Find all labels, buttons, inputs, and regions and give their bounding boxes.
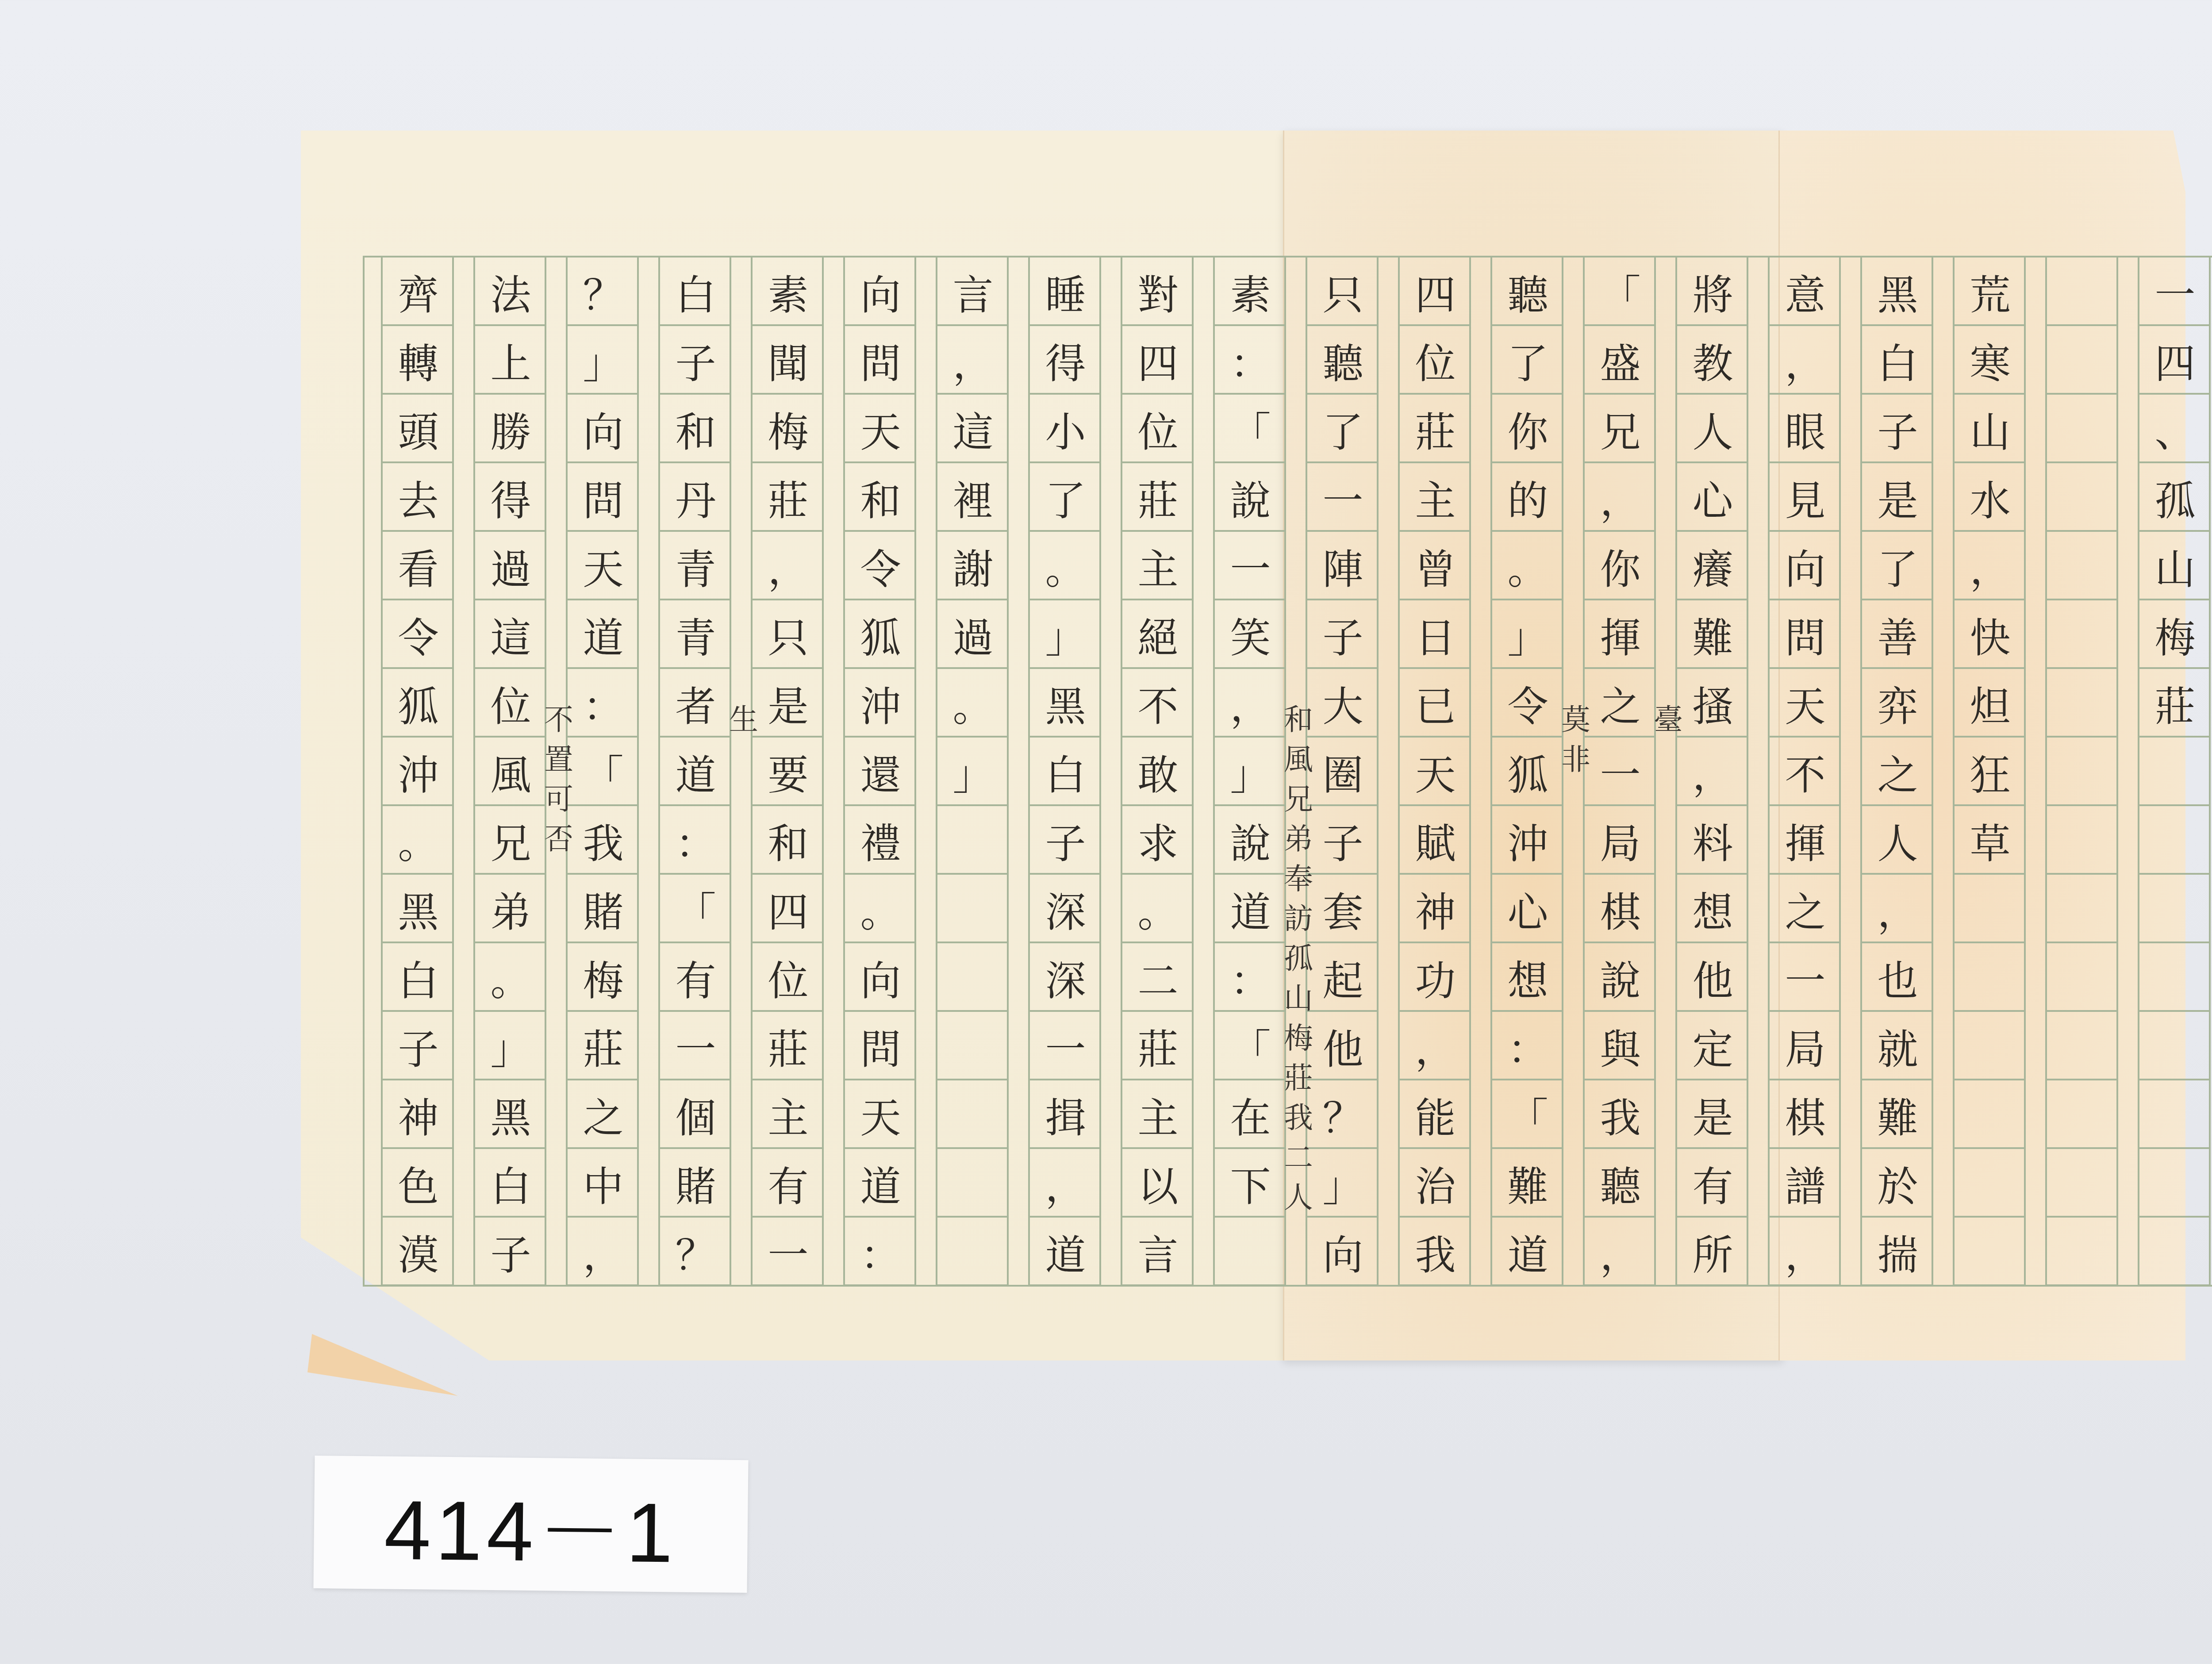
manuscript-column: 齊轉頭去看令狐沖。黑白子神色漠	[363, 257, 456, 1285]
column-spacer	[2028, 257, 2047, 1285]
column-spacer	[1750, 257, 1770, 1285]
folded-corner	[307, 1334, 458, 1396]
handwritten-line: 白子和丹青青者道：「有一個賭？	[660, 261, 731, 1290]
manuscript-grid: 一四、孤山梅莊荒寒山水，快炟狂草黑白子是了善弈之人，也就難於揣意，眼見向問天不揮…	[363, 256, 2212, 1287]
margin-annotation: 和風兄弟奉訪孤山梅莊我二人	[1284, 700, 1313, 1218]
cell-column	[2047, 257, 2118, 1285]
column-spacer	[1010, 257, 1030, 1285]
handwritten-line: 四位莊主曾日已天賦神功，能治我	[1400, 261, 1471, 1290]
manuscript-column: 素：「說一笑，」說道：「在下和風兄弟奉訪孤山梅莊我二人	[1195, 257, 1288, 1285]
column-spacer	[1935, 257, 1955, 1285]
column-spacer	[456, 257, 475, 1285]
handwritten-line: 素：「說一笑，」說道：「在下	[1215, 261, 1286, 1221]
margin-annotation: 臺	[1654, 700, 1683, 740]
handwritten-line: 言，這裡謝過。」	[937, 261, 1009, 810]
handwritten-line: 一四、孤山梅莊	[2139, 261, 2211, 741]
catalog-label-card: 414－1	[313, 1456, 748, 1593]
manuscript-column: 素聞梅莊，只是要和四位莊主有一	[733, 257, 826, 1285]
margin-annotation: 莫非	[1561, 700, 1590, 780]
manuscript-column: 荒寒山水，快炟狂草	[1935, 257, 2028, 1285]
handwritten-line: 意，眼見向問天不揮之一局棋譜，	[1770, 261, 1841, 1290]
column-spacer	[1195, 257, 1215, 1285]
handwritten-line: 素聞梅莊，只是要和四位莊主有一	[753, 261, 824, 1290]
column-spacer	[2120, 257, 2139, 1285]
manuscript-column: 向問天和令狐沖還禮。向問天道：	[826, 257, 918, 1285]
manuscript-column	[2028, 257, 2120, 1285]
manuscript-column: 將教人心癢難搔，料想他定是有所	[1658, 257, 1750, 1285]
handwritten-line: ？」向問天道：「我賭梅莊之中，	[568, 261, 639, 1290]
handwritten-line: 對四位莊主絕不敢求。二莊主以言	[1122, 261, 1194, 1290]
column-spacer	[641, 257, 660, 1285]
handwritten-line: 齊轉頭去看令狐沖。黑白子神色漠	[383, 261, 454, 1290]
manuscript-column: 四位莊主曾日已天賦神功，能治我	[1380, 257, 1473, 1285]
column-spacer	[1843, 257, 1862, 1285]
handwritten-line: 只聽了一陣子大圈子套起他？」向	[1307, 261, 1379, 1290]
manuscript-column: 法上勝得過這位風兄弟。」黑白子不置可否	[456, 257, 548, 1285]
manuscript-column: 意，眼見向問天不揮之一局棋譜，	[1750, 257, 1843, 1285]
handwritten-line: 向問天和令狐沖還禮。向問天道：	[845, 261, 916, 1290]
margin-annotation: 生	[729, 700, 758, 740]
handwritten-line: 聽了你的。」令狐沖心想：「難道	[1492, 261, 1563, 1290]
column-spacer	[826, 257, 845, 1285]
column-spacer	[918, 257, 937, 1285]
handwritten-line: 黑白子是了善弈之人，也就難於揣	[1862, 261, 1933, 1290]
column-spacer	[1473, 257, 1492, 1285]
column-spacer	[733, 257, 753, 1285]
handwritten-line: 法上勝得過這位風兄弟。」黑白子	[475, 261, 546, 1290]
handwritten-line: 將教人心癢難搔，料想他定是有所	[1677, 261, 1748, 1290]
manuscript-column: 黑白子是了善弈之人，也就難於揣	[1843, 257, 1935, 1285]
handwritten-line: 「盛兄，你揮之一局棋說與我聽，	[1585, 261, 1656, 1290]
column-spacer	[1380, 257, 1400, 1285]
manuscript-column: 白子和丹青青者道：「有一個賭？生	[641, 257, 733, 1285]
manuscript-column: 睡得小了。」黑白子深深一揖，道	[1010, 257, 1103, 1285]
column-spacer	[363, 257, 383, 1285]
manuscript-column: 聽了你的。」令狐沖心想：「難道莫非	[1473, 257, 1565, 1285]
manuscript-column: 言，這裡謝過。」	[918, 257, 1010, 1285]
column-spacer	[1658, 257, 1677, 1285]
margin-annotation: 不置可否	[544, 700, 573, 859]
handwritten-line: 荒寒山水，快炟狂草	[1955, 261, 2026, 878]
handwritten-line: 睡得小了。」黑白子深深一揖，道	[1030, 261, 1101, 1290]
catalog-number: 414－1	[384, 1462, 678, 1586]
manuscript-column: 對四位莊主絕不敢求。二莊主以言	[1103, 257, 1195, 1285]
manuscript-column: 一四、孤山梅莊	[2120, 257, 2212, 1285]
column-spacer	[1103, 257, 1122, 1285]
